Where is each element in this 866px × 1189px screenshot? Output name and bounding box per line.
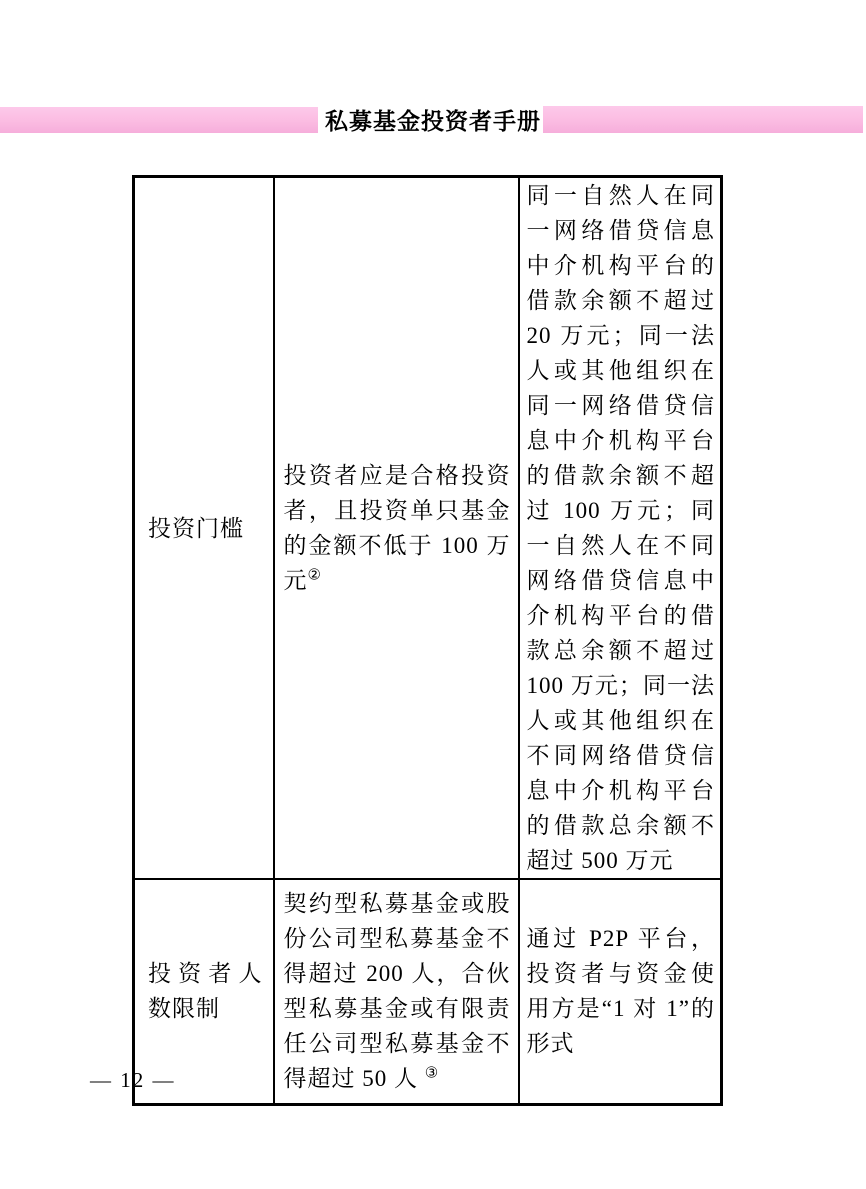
footnote-ref-3: ③ (425, 1066, 438, 1082)
fund-rule-cell-count: 契约型私募基金或股份公司型私募基金不得超过 200 人，合伙型私募基金或有限责任… (274, 879, 519, 1104)
page-number: — 12 — (90, 1068, 176, 1093)
footnote-ref-2: ② (308, 567, 321, 583)
p2p-rule-cell-count: 通过 P2P 平台，投资者与资金使用方是“1 对 1”的形式 (519, 879, 722, 1104)
book-page: 私募基金投资者手册 投资门槛 投资者应是合格投资者，且投资单只基金的金额不低于 … (0, 0, 866, 1189)
running-head-title: 私募基金投资者手册 (0, 108, 866, 134)
row-label-investment-threshold: 投资门槛 (134, 177, 274, 880)
p2p-rule-cell-threshold: 同一自然人在同一网络借贷信息中介机构平台的借款余额不超过 20 万元；同一法人或… (519, 177, 722, 880)
fund-rule-text: 契约型私募基金或股份公司型私募基金不得超过 200 人，合伙型私募基金或有限责任… (284, 891, 511, 1091)
fund-rule-cell-threshold: 投资者应是合格投资者，且投资单只基金的金额不低于 100 万元② (274, 177, 519, 880)
table-row-investment-threshold: 投资门槛 投资者应是合格投资者，且投资单只基金的金额不低于 100 万元② 同一… (134, 177, 722, 880)
investor-rules-table: 投资门槛 投资者应是合格投资者，且投资单只基金的金额不低于 100 万元② 同一… (132, 175, 723, 1106)
table-row-investor-count-limit: 投资者人数限制 契约型私募基金或股份公司型私募基金不得超过 200 人，合伙型私… (134, 879, 722, 1104)
